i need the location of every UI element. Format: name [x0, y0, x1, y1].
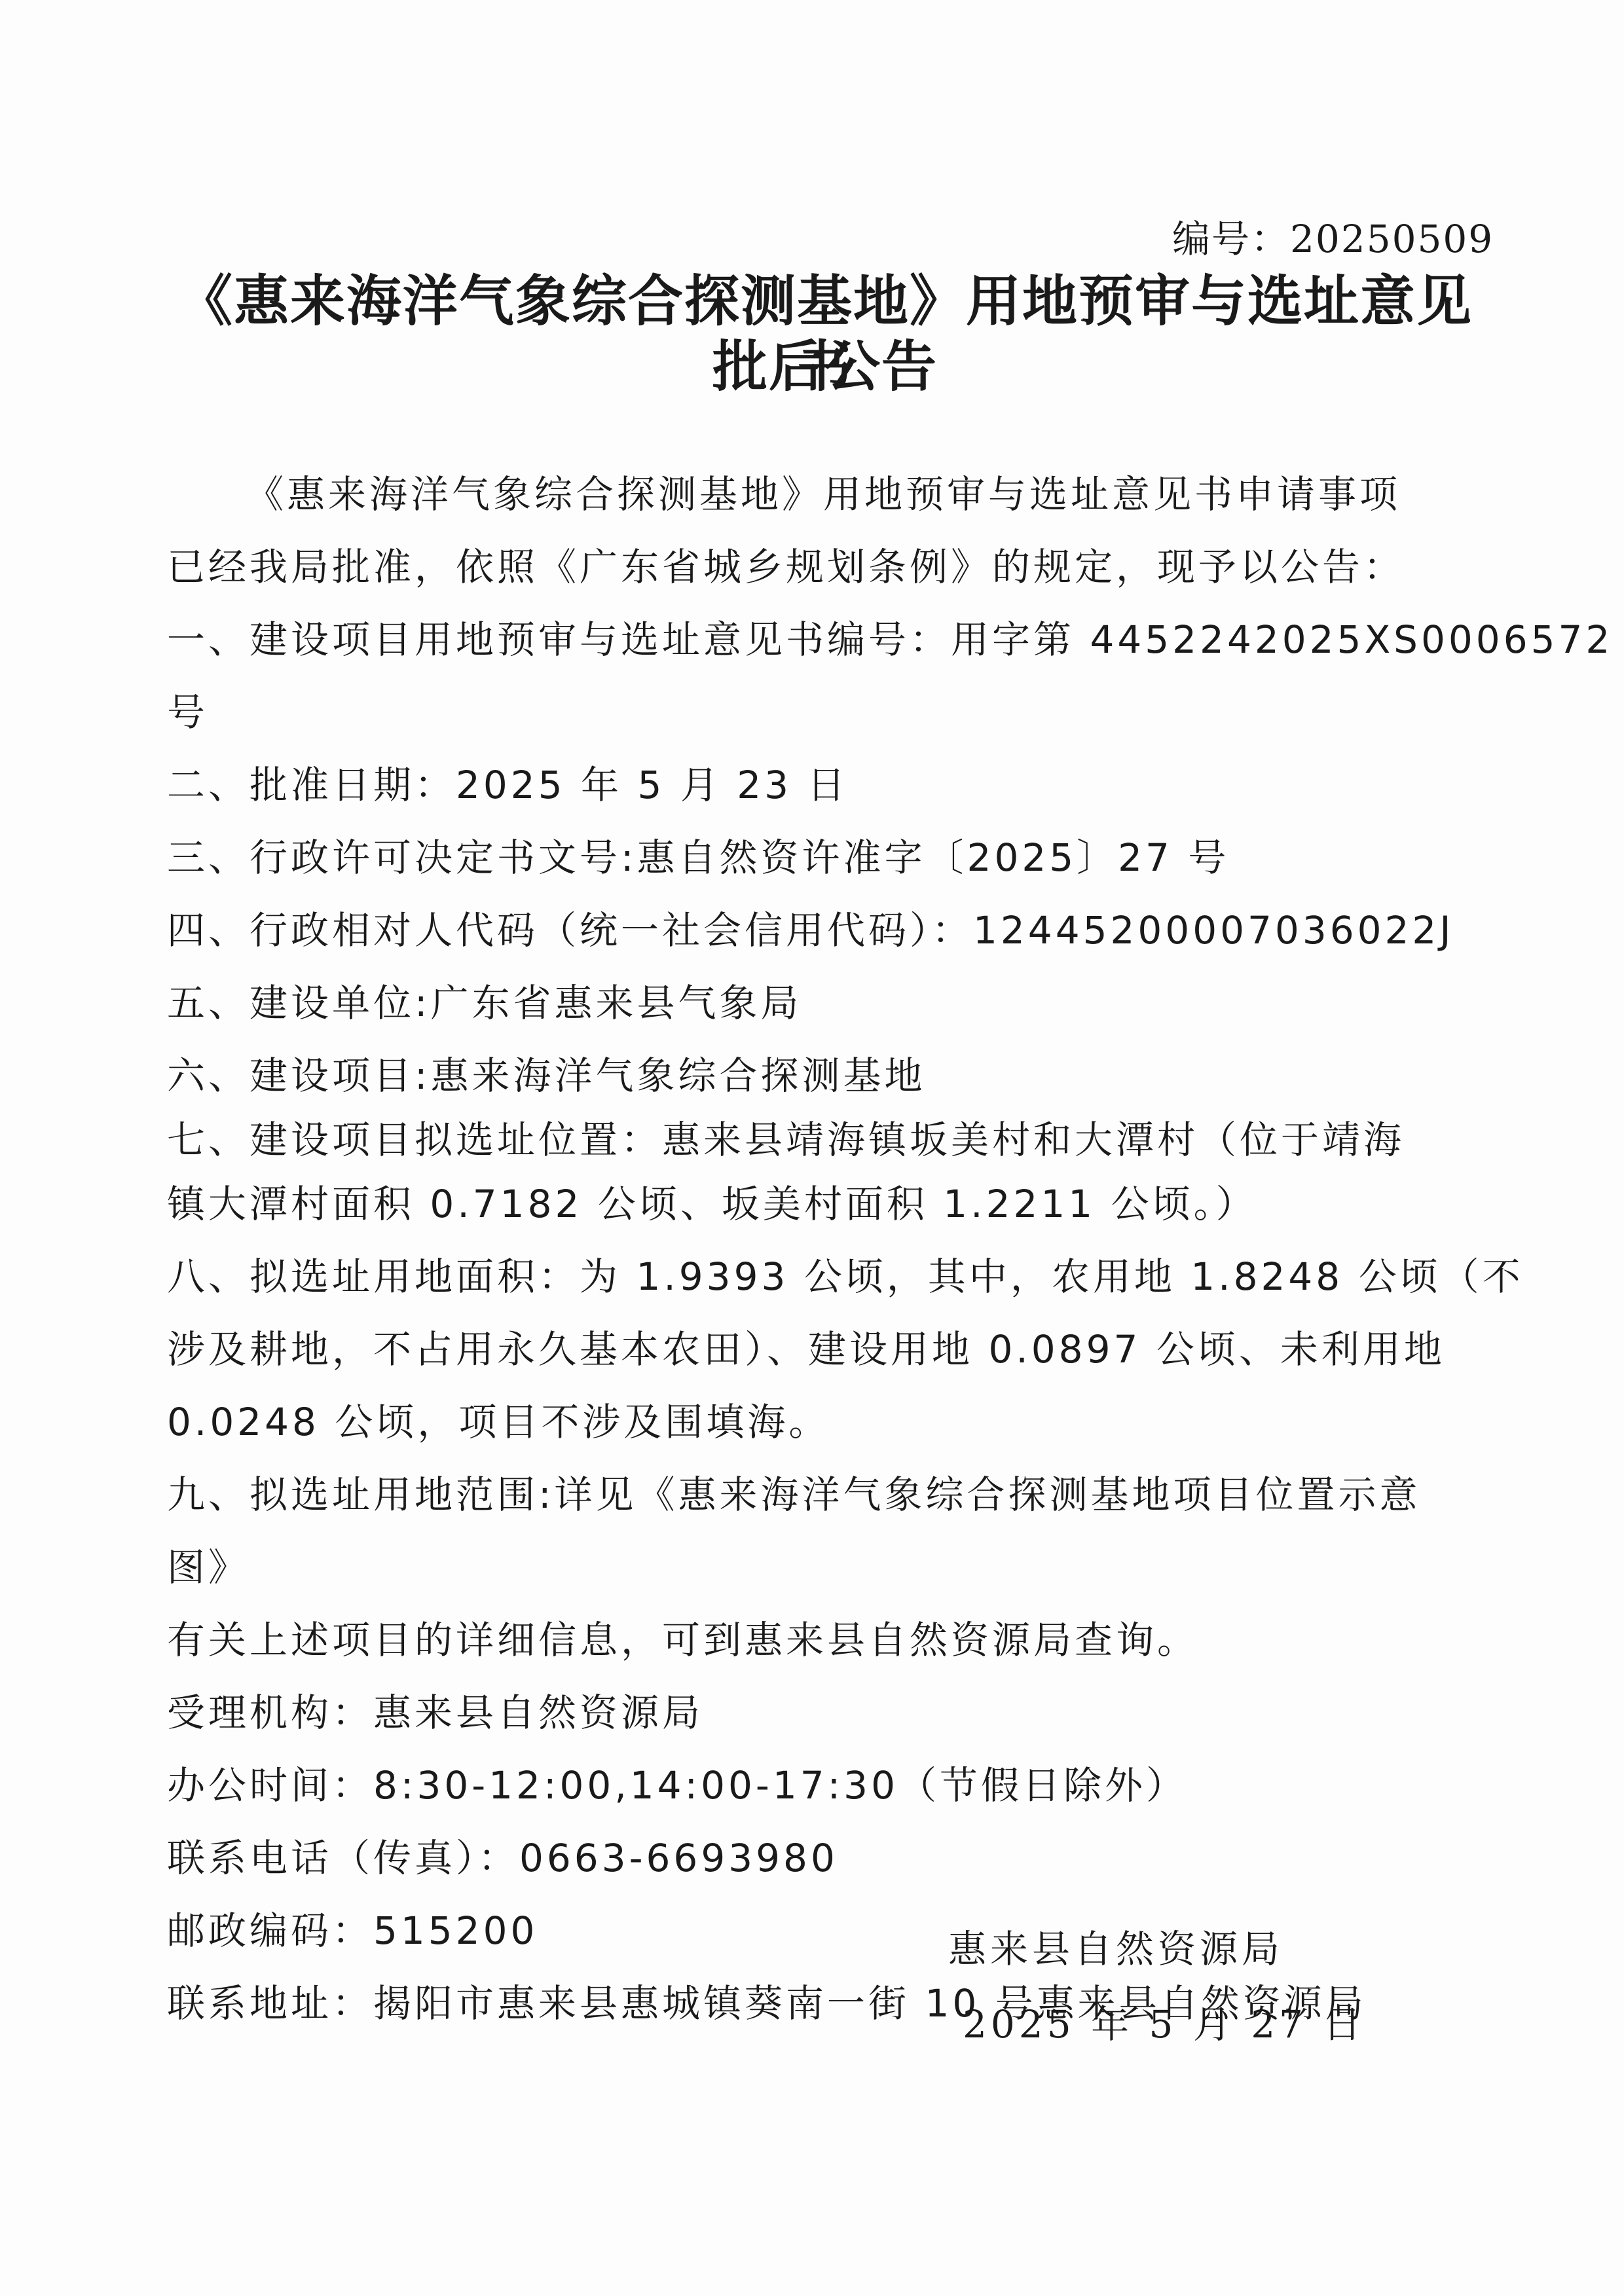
document-body: 《惠来海洋气象综合探测基地》用地预审与选址意见书申请事项 已经我局批准，依照《广…: [167, 458, 1490, 2040]
item-4: 四、行政相对人代码（统一社会信用代码）：12445200007036022J: [167, 894, 1490, 967]
document-title-line2: 批后公告: [157, 334, 1493, 399]
item-1-line-1: 一、建设项目用地预审与选址意见书编号：用字第 4452242025XS00065…: [167, 604, 1490, 676]
signature-organization: 惠来县自然资源局: [948, 1918, 1283, 1973]
item-5: 五、建设单位:广东省惠来县气象局: [167, 967, 1490, 1040]
item-8-line-1: 八、拟选址用地面积：为 1.9393 公顷，其中，农用地 1.8248 公顷（不: [167, 1241, 1490, 1313]
office-hours: 办公时间：8:30-12:00,14:00-17:30（节假日除外）: [167, 1749, 1490, 1822]
contact-phone: 联系电话（传真）：0663-6693980: [167, 1822, 1490, 1895]
item-2: 二、批准日期：2025 年 5 月 23 日: [167, 749, 1490, 822]
inquiry-note: 有关上述项目的详细信息，可到惠来县自然资源局查询。: [167, 1604, 1490, 1677]
agency: 受理机构：惠来县自然资源局: [167, 1677, 1490, 1749]
item-9-line-1: 九、拟选址用地范围:详见《惠来海洋气象综合探测基地项目位置示意: [167, 1459, 1490, 1531]
item-8-line-2: 涉及耕地，不占用永久基本农田）、建设用地 0.0897 公顷、未利用地: [167, 1313, 1490, 1386]
item-3: 三、行政许可决定书文号:惠自然资许准字〔2025〕27 号: [167, 822, 1490, 894]
item-7-line-2: 镇大潭村面积 0.7182 公顷、坂美村面积 1.2211 公顷。）: [167, 1168, 1490, 1241]
item-6: 六、建设项目:惠来海洋气象综合探测基地: [167, 1040, 1490, 1104]
document-number: 编号：20250509: [1172, 208, 1494, 263]
item-9-line-2: 图》: [167, 1531, 1490, 1604]
postcode: 邮政编码：515200: [167, 1895, 1490, 1967]
intro-line-2: 已经我局批准，依照《广东省城乡规划条例》的规定，现予以公告：: [167, 531, 1490, 604]
document-page: 编号：20250509 《惠来海洋气象综合探测基地》用地预审与选址意见书 批后公…: [0, 0, 1624, 2296]
intro-line-1: 《惠来海洋气象综合探测基地》用地预审与选址意见书申请事项: [167, 458, 1490, 531]
item-1-line-2: 号: [167, 676, 1490, 749]
item-7-line-1: 七、建设项目拟选址位置：惠来县靖海镇坂美村和大潭村（位于靖海: [167, 1104, 1490, 1168]
item-8-line-3: 0.0248 公顷，项目不涉及围填海。: [167, 1386, 1490, 1459]
signature-date: 2025 年 5 月 27 日: [963, 1994, 1365, 2049]
